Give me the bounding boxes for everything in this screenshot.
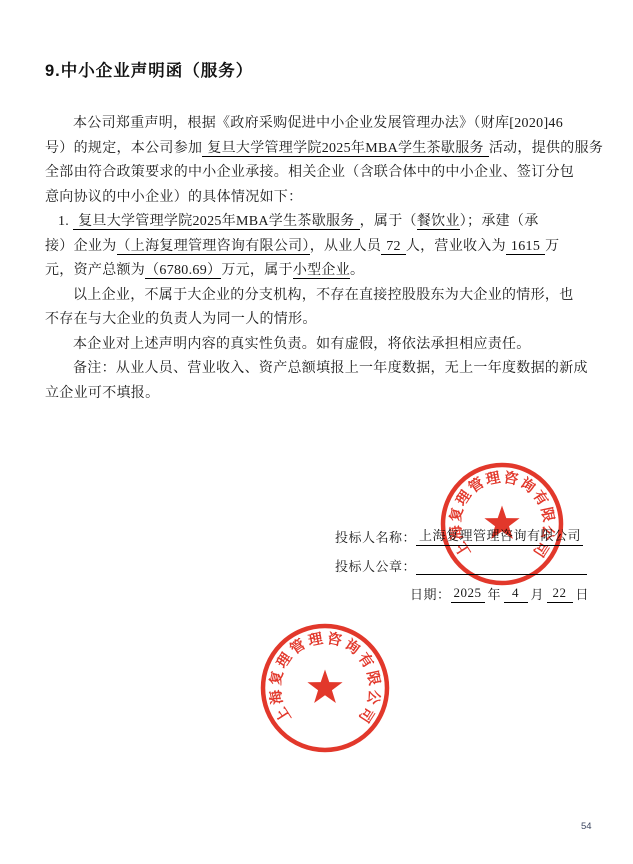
body-text: 备注：从业人员、营业收入、资产总额填报上一年度数据，无上一年度数据的新成 xyxy=(73,361,588,376)
seal-arc-char: 理 xyxy=(273,649,295,671)
seal-arc-char: 理 xyxy=(307,630,325,650)
year-unit: 年 xyxy=(488,587,501,602)
filled-field-text: 1615 xyxy=(506,239,545,255)
body-text: 立企业可不填报。 xyxy=(45,386,159,401)
seal-arc-char: 司 xyxy=(355,704,378,726)
seal-arc-char: 复 xyxy=(446,505,467,523)
body-text: 不存在与大企业的负责人为同一人的情形。 xyxy=(45,312,317,327)
bidder-seal-row: 投标人公章： xyxy=(335,556,587,575)
date-row: 日期：2025年4月22日 xyxy=(410,584,592,603)
body-line: 备注：从业人员、营业收入、资产总额填报上一年度数据，无上一年度数据的新成 xyxy=(45,357,593,382)
body-line: 以上企业，不属于大企业的分支机构，不存在直接控股股东为大企业的情形，也 xyxy=(45,284,593,309)
filled-field-text: （上海复理管理咨询有限公司） xyxy=(117,239,310,255)
seal-arc-char: 限 xyxy=(363,669,384,687)
body-line: 本公司郑重声明，根据《政府采购促进中小企业发展管理办法》（财库[2020]46 xyxy=(45,112,593,137)
seal-arc-char: 理 xyxy=(453,487,475,509)
body-text: 万 xyxy=(545,239,559,254)
declaration-body: 本公司郑重声明，根据《政府采购促进中小企业发展管理办法》（财库[2020]46号… xyxy=(45,112,593,406)
body-text: 全部由符合政策要求的中小企业承接。相关企业（含联合体中的中小企业、签订分包 xyxy=(45,165,574,180)
filled-field-text: 复旦大学管理学院2025年MBA学生茶歇服务 xyxy=(202,141,489,157)
body-line: 接）企业为（上海复理管理咨询有限公司），从业人员72人，营业收入为1615万 xyxy=(45,235,593,260)
body-text: 活动，提供的服务 xyxy=(489,141,603,156)
date-month-value: 4 xyxy=(504,584,528,603)
date-day-value: 22 xyxy=(547,584,573,603)
seal-arc-char: 理 xyxy=(484,469,502,489)
day-unit: 日 xyxy=(576,587,589,602)
bidder-name-row: 投标人名称：上海复理管理咨询有限公司 xyxy=(335,527,583,546)
filled-field-text: 餐饮业 xyxy=(417,214,460,230)
body-text: 1. xyxy=(58,214,69,229)
page-number: 54 xyxy=(581,821,592,832)
body-text: 接）企业为 xyxy=(45,239,117,254)
body-text: 本企业对上述声明内容的真实性负责。如有虚假，将依法承担相应责任。 xyxy=(73,337,531,352)
seal-arc-char: 复 xyxy=(266,668,287,686)
seal-arc-char: 询 xyxy=(517,474,539,497)
seal-arc-char: 有 xyxy=(355,649,378,672)
seal-ring xyxy=(263,626,387,750)
bidder-seal-blank xyxy=(416,556,587,575)
body-text: ，属于（ xyxy=(360,214,417,229)
seal-arc-char: 咨 xyxy=(502,468,520,489)
body-line: 1.复旦大学管理学院2025年MBA学生茶歇服务，属于（餐饮业）；承建（承 xyxy=(45,210,593,235)
body-text: 号）的规定，本公司参加 xyxy=(45,141,202,156)
bidder-name-label: 投标人名称： xyxy=(335,530,416,545)
body-text: 人，营业收入为 xyxy=(406,239,506,254)
body-line: 元，资产总额为（6780.69）万元，属于小型企业。 xyxy=(45,259,593,284)
filled-field-text: 小型企业 xyxy=(293,263,350,279)
seal-arc-char: 咨 xyxy=(326,629,344,650)
body-text: 意向协议的中小企业）的具体情况如下： xyxy=(45,190,302,205)
body-line: 号）的规定，本公司参加复旦大学管理学院2025年MBA学生茶歇服务活动，提供的服… xyxy=(45,137,593,162)
seal-arc-char: 海 xyxy=(266,688,286,706)
body-text: ，从业人员 xyxy=(310,239,382,254)
body-line: 本企业对上述声明内容的真实性负责。如有虚假，将依法承担相应责任。 xyxy=(45,333,593,358)
seal-arc-char: 公 xyxy=(364,688,383,706)
body-text: 。 xyxy=(350,263,364,278)
body-text: ）；承建（承 xyxy=(460,214,539,229)
bidder-name-value: 上海复理管理咨询有限公司 xyxy=(416,527,583,546)
filled-field-text: 72 xyxy=(381,239,406,255)
document-title: 9.中小企业声明函（服务） xyxy=(45,57,253,81)
seal-star-icon xyxy=(307,670,342,703)
body-text: 以上企业，不属于大企业的分支机构，不存在直接控股股东为大企业的情形，也 xyxy=(73,288,574,303)
body-text: 元，资产总额为 xyxy=(45,263,145,278)
filled-field-text: （6780.69） xyxy=(145,263,221,279)
seal-arc-char: 询 xyxy=(341,635,363,658)
seal-arc-char: 上 xyxy=(272,704,294,726)
date-label: 日期： xyxy=(410,587,451,602)
document-page: 9.中小企业声明函（服务） 本公司郑重声明，根据《政府采购促进中小企业发展管理办… xyxy=(0,0,633,864)
bidder-seal-label: 投标人公章： xyxy=(335,559,416,574)
seal-arc-char: 限 xyxy=(537,506,558,524)
body-line: 立企业可不填报。 xyxy=(45,382,593,407)
filled-field-text: 复旦大学管理学院2025年MBA学生茶歇服务 xyxy=(73,214,360,230)
body-line: 意向协议的中小企业）的具体情况如下： xyxy=(45,186,593,211)
seal-arc-char: 管 xyxy=(287,635,309,658)
date-year-value: 2025 xyxy=(451,584,485,603)
body-text: 本公司郑重声明，根据《政府采购促进中小企业发展管理办法》（财库[2020]46 xyxy=(73,116,563,131)
body-text: 万元，属于 xyxy=(221,263,293,278)
body-line: 全部由符合政策要求的中小企业承接。相关企业（含联合体中的中小企业、签订分包 xyxy=(45,161,593,186)
seal-arc-char: 有 xyxy=(529,487,552,510)
month-unit: 月 xyxy=(531,587,544,602)
company-seal-stamp: 上海复理管理咨询有限公司 xyxy=(260,623,390,753)
body-line: 不存在与大企业的负责人为同一人的情形。 xyxy=(45,308,593,333)
seal-arc-char: 管 xyxy=(465,473,487,496)
